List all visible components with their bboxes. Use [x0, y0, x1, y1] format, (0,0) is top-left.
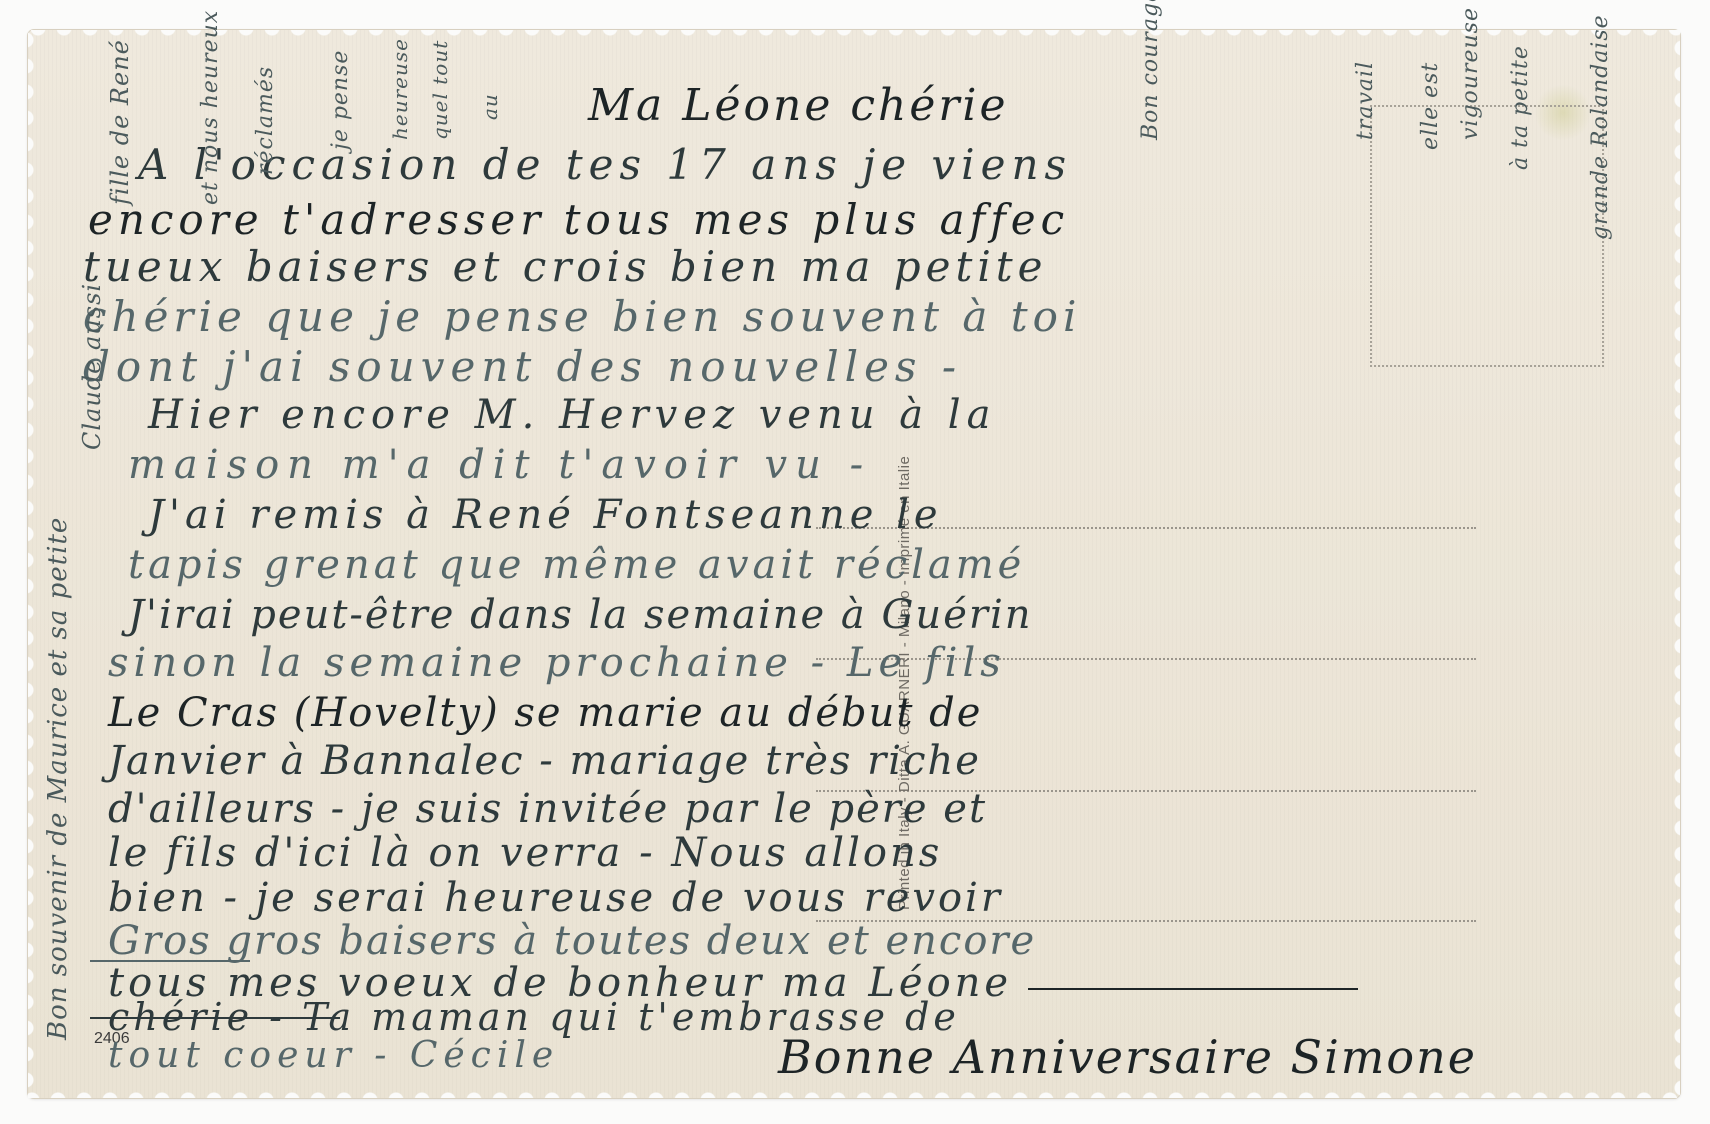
deckle-edge-bottom [28, 1088, 1680, 1098]
letter-line: tueux baisers et crois bien ma petite [83, 242, 1048, 291]
deckle-edge-right [1670, 30, 1680, 1098]
margin-note-top: au [478, 93, 502, 120]
margin-note-top-right: travail [1353, 61, 1378, 140]
margin-note-left: Bon souvenir de Maurice et sa petite [43, 517, 73, 1040]
letter-line: Le Cras (Hovelty) se marie au début de [108, 690, 982, 736]
letter-line: dont j'ai souvent des nouvelles - [83, 342, 962, 391]
salutation: Ma Léone chérie [588, 80, 1009, 131]
letter-line: bien - je serai heureuse de vous revoir [108, 875, 1003, 921]
letter-line: J'ai remis à René Fontseanne le [148, 492, 943, 538]
letter-line: Gros gros baisers à toutes deux et encor… [108, 918, 1036, 964]
letter-line: d'ailleurs - je suis invitée par le père… [108, 786, 987, 832]
strike-through-rule [1028, 988, 1358, 990]
stamp-box [1370, 105, 1604, 367]
underline-rule [90, 1017, 340, 1019]
margin-note-top: quel tout [428, 40, 452, 140]
margin-note-top-right: elle est [1418, 62, 1443, 150]
margin-note-top: fille de René [106, 39, 134, 205]
letter-line: J'irai peut-être dans la semaine à Guéri… [128, 592, 1033, 638]
margin-note-top: heureuse [388, 38, 412, 140]
deckle-edge-top [28, 30, 1680, 40]
letter-line: chérie que je pense bien souvent à toi [83, 292, 1081, 341]
letter-line: tapis grenat que même avait réclamé [128, 542, 1025, 588]
letter-line: Hier encore M. Hervez venu à la [148, 392, 996, 438]
margin-note-top: réclamés [253, 66, 278, 175]
postcard-back: Printed in Italy - Ditta A. GUARNERI - M… [28, 30, 1680, 1098]
letter-line: tout coeur - Cécile [108, 1035, 559, 1076]
margin-note-top: je pense [328, 50, 353, 150]
letter-line: encore t'adresser tous mes plus affec [88, 195, 1069, 244]
deckle-edge-left [28, 30, 38, 1098]
margin-note-left: Claude aussi [78, 283, 106, 450]
margin-note-top-right: à ta petite [1508, 45, 1533, 170]
margin-note-top: Bon courage [1138, 0, 1163, 140]
letter-line: A l'occasion de tes 17 ans je viens [138, 140, 1072, 189]
letter-line: maison m'a dit t'avoir vu - [128, 442, 871, 488]
margin-note-top-right: grande Rolandaise [1588, 14, 1613, 240]
closing-signature: Bonne Anniversaire Simone [778, 1030, 1477, 1084]
underline-rule [90, 960, 250, 962]
margin-note-top-right: vigoureuse [1458, 7, 1483, 140]
letter-line: le fils d'ici là on verra - Nous allons [108, 830, 942, 876]
letter-line: sinon la semaine prochaine - Le fils [108, 640, 1006, 686]
letter-line: Janvier à Bannalec - mariage très riche [108, 738, 981, 784]
margin-note-top: et nous heureux [198, 10, 223, 205]
